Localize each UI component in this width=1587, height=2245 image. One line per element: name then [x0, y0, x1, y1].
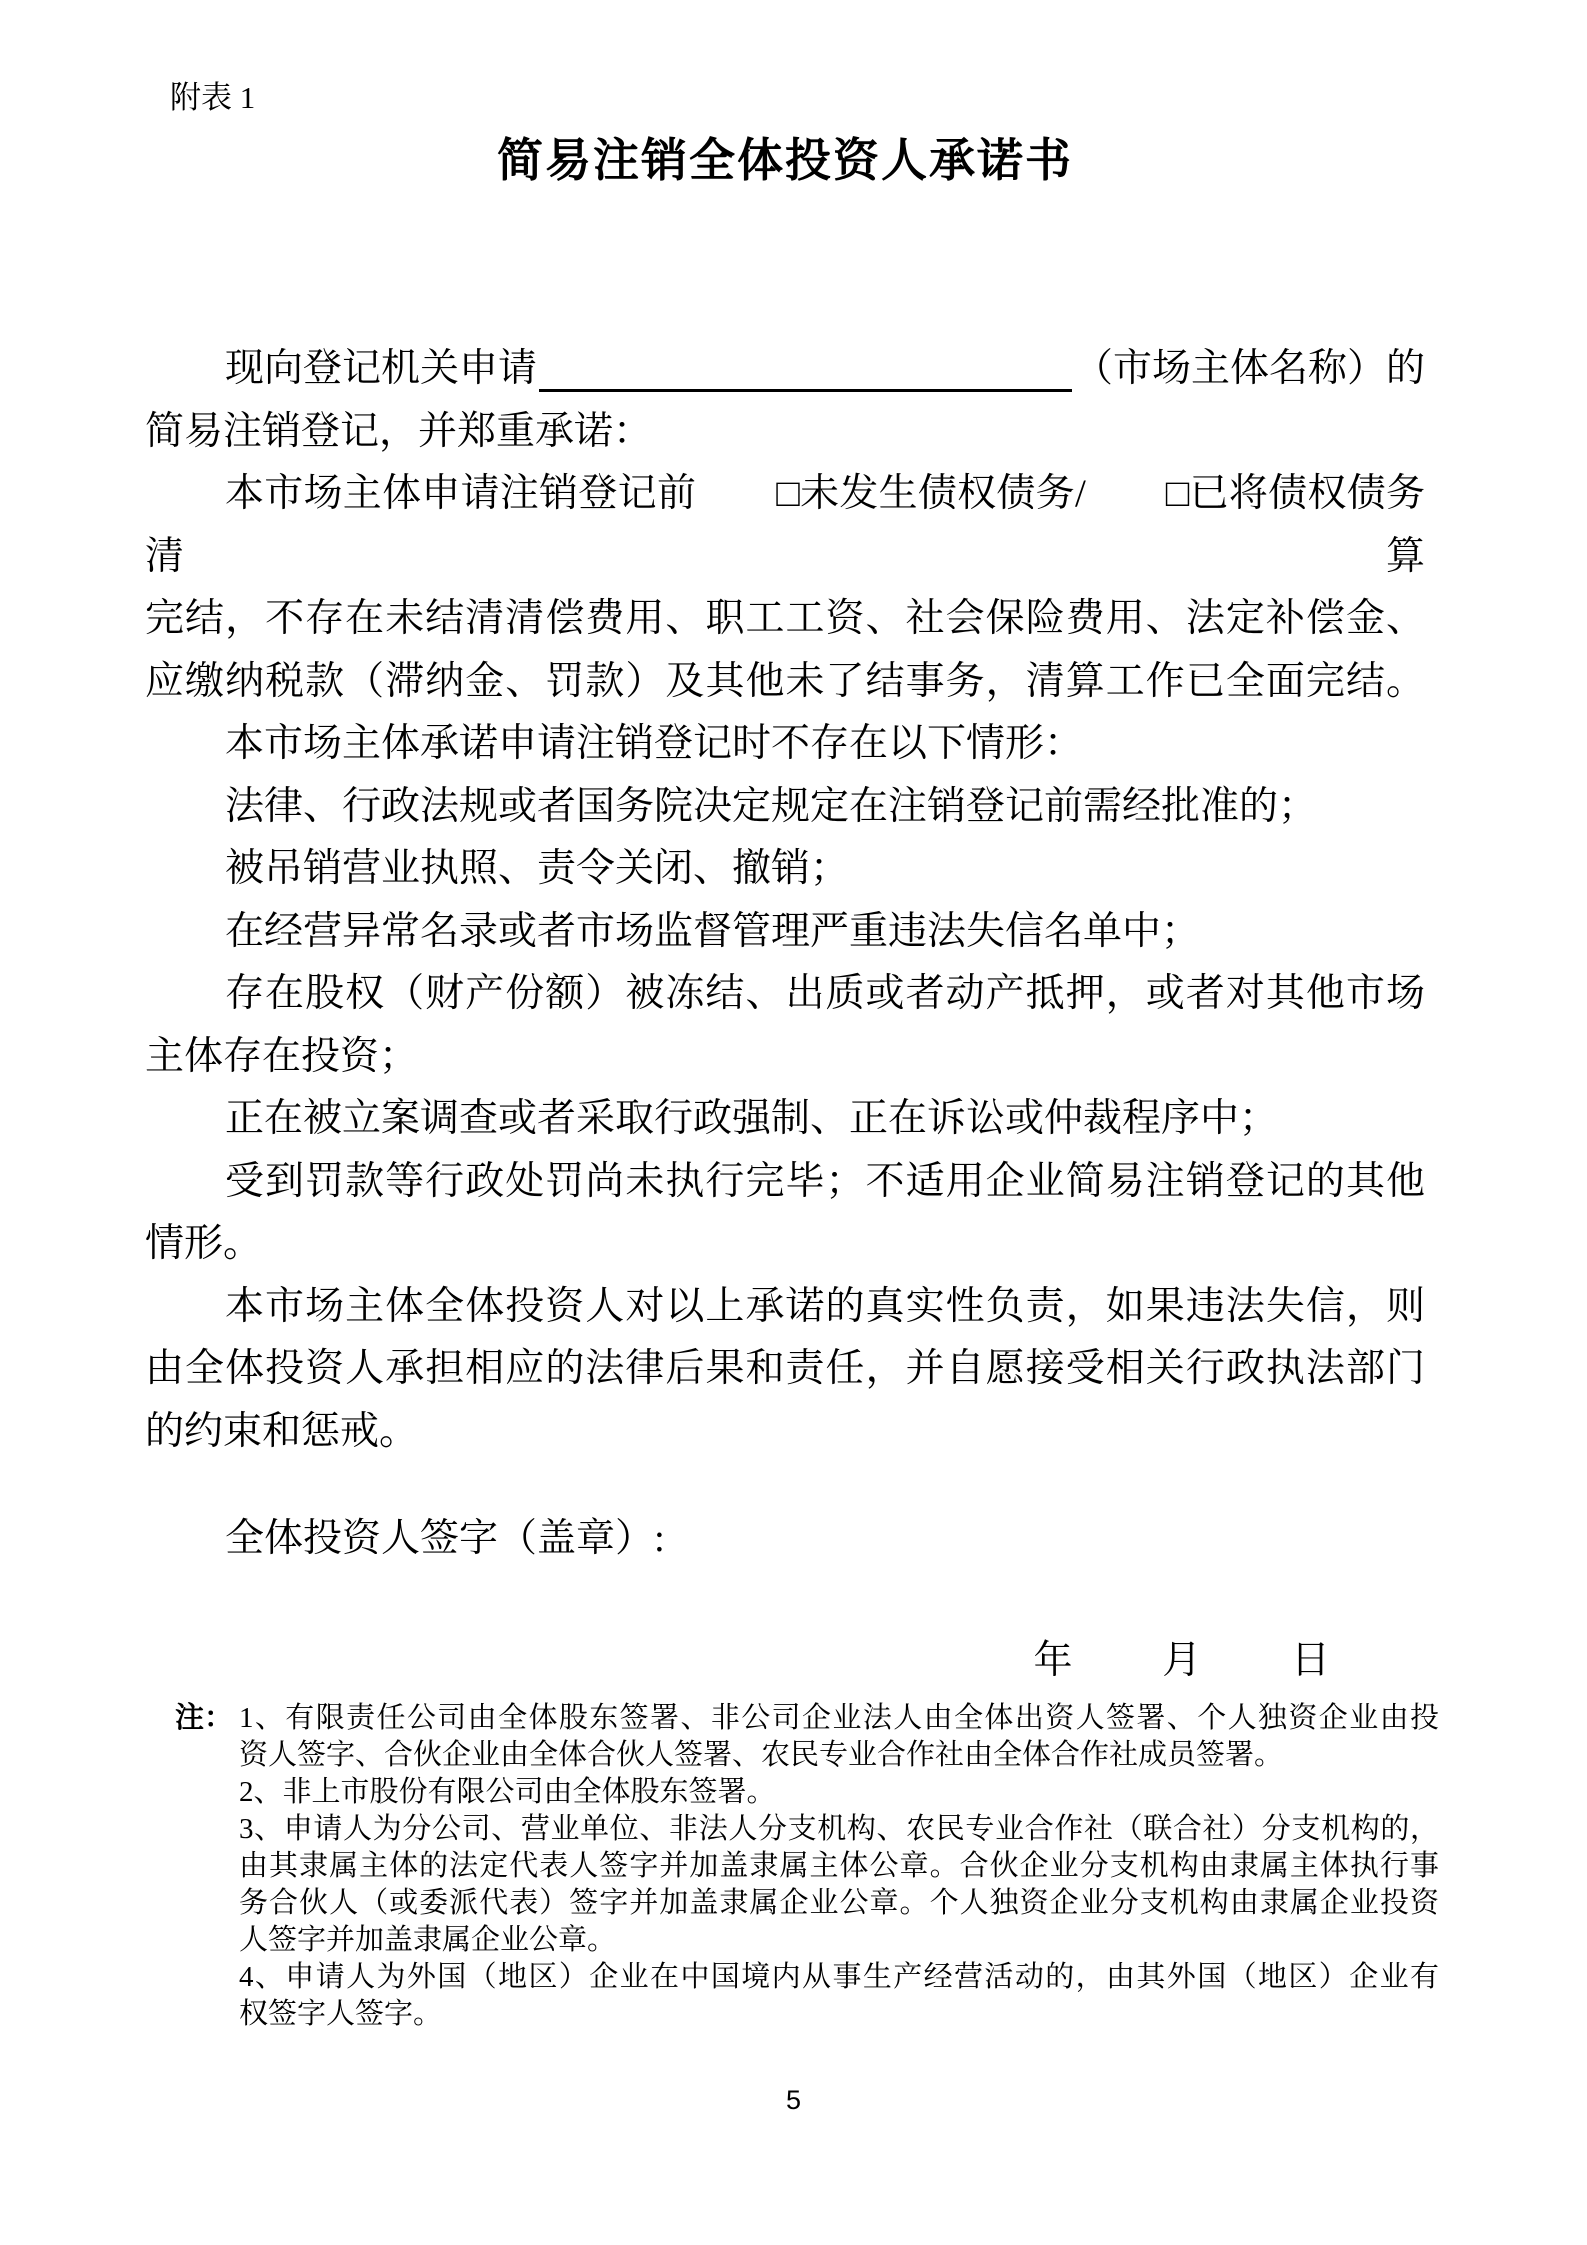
- note-line: 资人签字、合伙企业由全体合伙人签署、农民专业合作社由全体合作社成员签署。: [239, 1737, 1439, 1774]
- note-line: 2、非上市股份有限公司由全体股东签署。: [239, 1774, 1439, 1811]
- checkbox-debts-cleared[interactable]: □: [1086, 463, 1190, 526]
- notes-section: 注： 1、有限责任公司由全体股东签署、非公司企业法人由全体出资人签署、个人独资企…: [175, 1700, 1587, 2033]
- page-title: 简易注销全体投资人承诺书: [145, 132, 1425, 190]
- body-line: 主体存在投资；: [145, 1026, 1425, 1089]
- intro-line-2: 简易注销登记，并郑重承诺：: [145, 401, 1425, 464]
- notes-label: 注：: [175, 1700, 239, 2033]
- market-entity-name-blank[interactable]: [539, 338, 1072, 392]
- signature-label: 全体投资人签字（盖章）:: [145, 1508, 1587, 1571]
- body-line: 由全体投资人承担相应的法律后果和责任，并自愿接受相关行政执法部门: [145, 1338, 1425, 1401]
- clearance-separator: /: [1075, 472, 1086, 515]
- body-line: 情形。: [145, 1213, 1425, 1276]
- body-line: 的约束和惩戒。: [145, 1401, 1425, 1464]
- body-line: 应缴纳税款（滞纳金、罚款）及其他未了结事务，清算工作已全面完结。: [145, 651, 1425, 714]
- checkbox-no-debts[interactable]: □: [696, 463, 800, 526]
- body-line: 本市场主体承诺申请注销登记时不存在以下情形：: [145, 713, 1425, 776]
- clearance-option-1: 未发生债权债务: [800, 472, 1075, 515]
- note-line: 由其隶属主体的法定代表人签字并加盖隶属主体公章。合伙企业分支机构由隶属主体执行事: [239, 1848, 1439, 1885]
- intro-prefix: 现向登记机关申请: [225, 338, 537, 401]
- intro-suffix: （市场主体名称）的: [1074, 338, 1425, 401]
- date-year-label: 年: [1033, 1639, 1072, 1682]
- body-line: 在经营异常名录或者市场监督管理严重违法失信名单中；: [145, 901, 1425, 964]
- date-line: 年 月 日: [145, 1636, 1425, 1686]
- page-number: 5: [0, 2085, 1587, 2116]
- intro-line: 现向登记机关申请 （市场主体名称）的: [145, 338, 1425, 401]
- body-line: 完结，不存在未结清清偿费用、职工工资、社会保险费用、法定补偿金、: [145, 588, 1425, 651]
- body-line: 法律、行政法规或者国务院决定规定在注销登记前需经批准的；: [145, 776, 1425, 839]
- date-day-label: 日: [1291, 1639, 1330, 1682]
- date-month-label: 月: [1162, 1639, 1201, 1682]
- body-line: 本市场主体全体投资人对以上承诺的真实性负责，如果违法失信，则: [145, 1276, 1425, 1339]
- annex-label: 附表 1: [170, 78, 1587, 118]
- note-line: 务合伙人（或委派代表）签字并加盖隶属企业公章。个人独资企业分支机构由隶属企业投资: [239, 1885, 1439, 1922]
- body-line: 受到罚款等行政处罚尚未执行完毕；不适用企业简易注销登记的其他: [145, 1151, 1425, 1214]
- note-line: 1、有限责任公司由全体股东签署、非公司企业法人由全体出资人签署、个人独资企业由投: [239, 1700, 1439, 1737]
- body-line: 被吊销营业执照、责令关闭、撤销；: [145, 838, 1425, 901]
- note-line: 3、申请人为分公司、营业单位、非法人分支机构、农民专业合作社（联合社）分支机构的…: [239, 1811, 1439, 1848]
- clearance-line: 本市场主体申请注销登记前□未发生债权债务/□已将债权债务清算: [145, 463, 1425, 588]
- note-lines: 1、有限责任公司由全体股东签署、非公司企业法人由全体出资人签署、个人独资企业由投…: [239, 1700, 1439, 2033]
- body-line: 正在被立案调查或者采取行政强制、正在诉讼或仲裁程序中；: [145, 1088, 1425, 1151]
- note-line: 4、申请人为外国（地区）企业在中国境内从事生产经营活动的，由其外国（地区）企业有: [239, 1959, 1439, 1996]
- note-line: 人签字并加盖隶属企业公章。: [239, 1922, 1439, 1959]
- clearance-pre: 本市场主体申请注销登记前: [225, 472, 696, 515]
- document-page: 附表 1 简易注销全体投资人承诺书 现向登记机关申请 （市场主体名称）的 简易注…: [0, 0, 1587, 2245]
- document-body: 现向登记机关申请 （市场主体名称）的 简易注销登记，并郑重承诺： 本市场主体申请…: [145, 338, 1425, 1463]
- body-line: 存在股权（财产份额）被冻结、出质或者动产抵押，或者对其他市场: [145, 963, 1425, 1026]
- note-line: 权签字人签字。: [239, 1996, 1439, 2033]
